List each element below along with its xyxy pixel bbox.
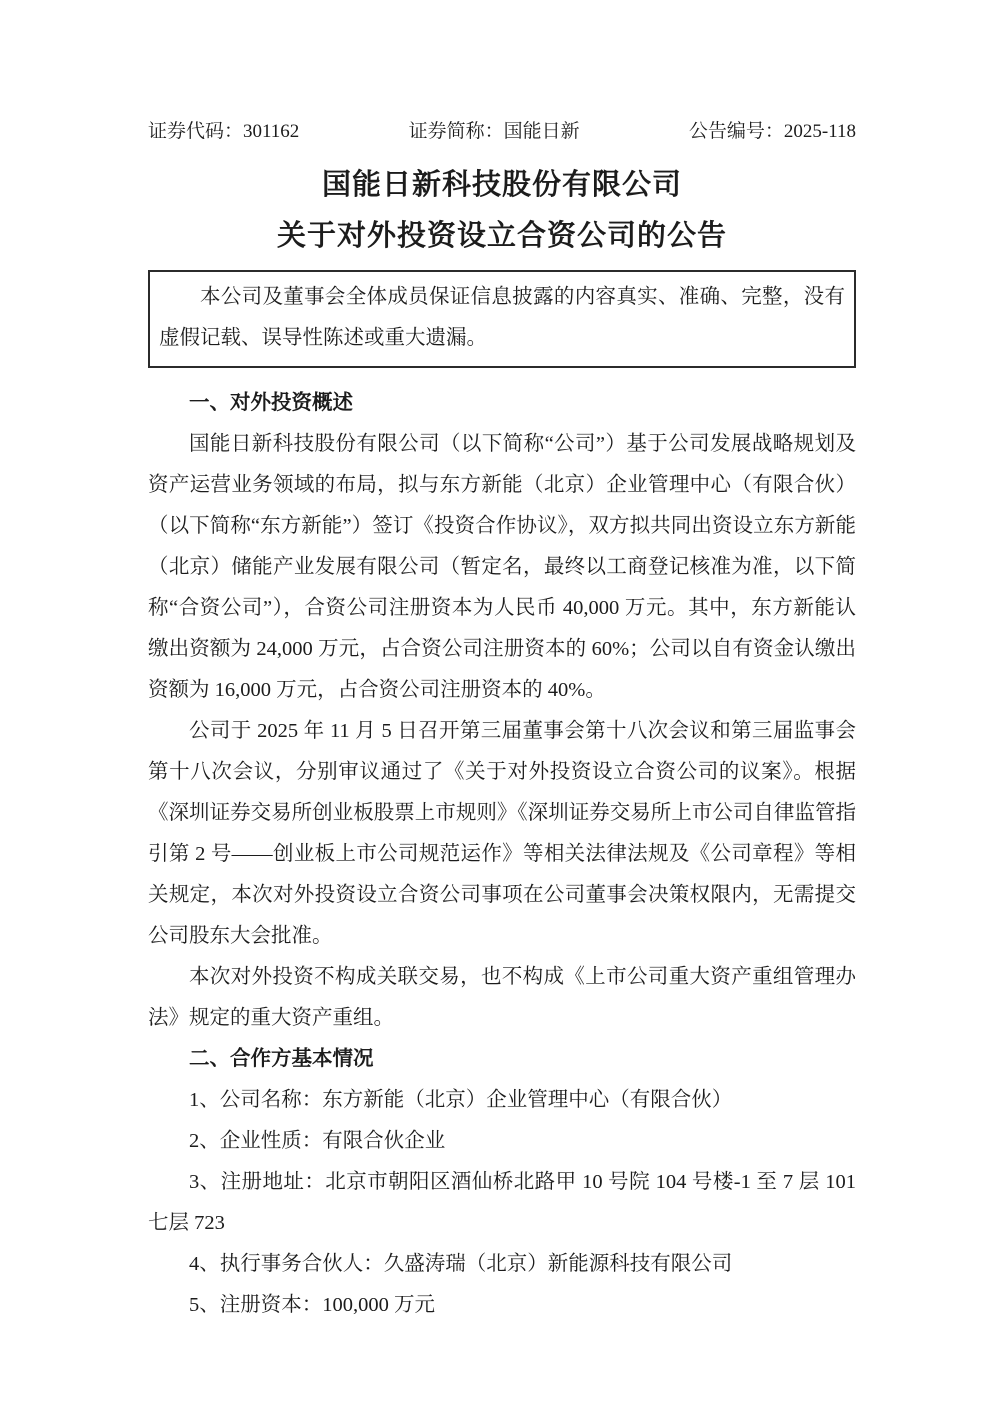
section-1-heading: 一、对外投资概述	[148, 383, 856, 424]
announcement-number: 公告编号：2025-118	[689, 120, 856, 144]
section-1-paragraph-1: 国能日新科技股份有限公司（以下简称“公司”）基于公司发展战略规划及资产运营业务领…	[148, 424, 856, 711]
announcement-title: 关于对外投资设立合资公司的公告	[148, 219, 856, 253]
disclaimer-box: 本公司及董事会全体成员保证信息披露的内容真实、准确、完整，没有虚假记载、误导性陈…	[148, 270, 856, 368]
partner-executive-partner: 4、执行事务合伙人：久盛涛瑞（北京）新能源科技有限公司	[148, 1244, 856, 1285]
partner-company-name: 1、公司名称：东方新能（北京）企业管理中心（有限合伙）	[148, 1080, 856, 1121]
section-1-paragraph-2: 公司于 2025 年 11 月 5 日召开第三届董事会第十八次会议和第三届监事会…	[148, 711, 856, 957]
announcement-page: 证券代码：301162 证券简称：国能日新 公告编号：2025-118 国能日新…	[0, 0, 1000, 1414]
company-name-title: 国能日新科技股份有限公司	[148, 168, 856, 202]
section-1-paragraph-3: 本次对外投资不构成关联交易，也不构成《上市公司重大资产重组管理办法》规定的重大资…	[148, 957, 856, 1039]
stock-abbreviation: 证券简称：国能日新	[409, 120, 580, 144]
partner-enterprise-type: 2、企业性质：有限合伙企业	[148, 1121, 856, 1162]
partner-registered-address: 3、注册地址：北京市朝阳区酒仙桥北路甲 10 号院 104 号楼-1 至 7 层…	[148, 1162, 856, 1244]
document-header: 证券代码：301162 证券简称：国能日新 公告编号：2025-118	[148, 120, 856, 144]
document-body: 一、对外投资概述 国能日新科技股份有限公司（以下简称“公司”）基于公司发展战略规…	[148, 383, 856, 1326]
stock-code: 证券代码：301162	[148, 120, 299, 144]
section-2-heading: 二、合作方基本情况	[148, 1039, 856, 1080]
partner-registered-capital: 5、注册资本：100,000 万元	[148, 1285, 856, 1326]
